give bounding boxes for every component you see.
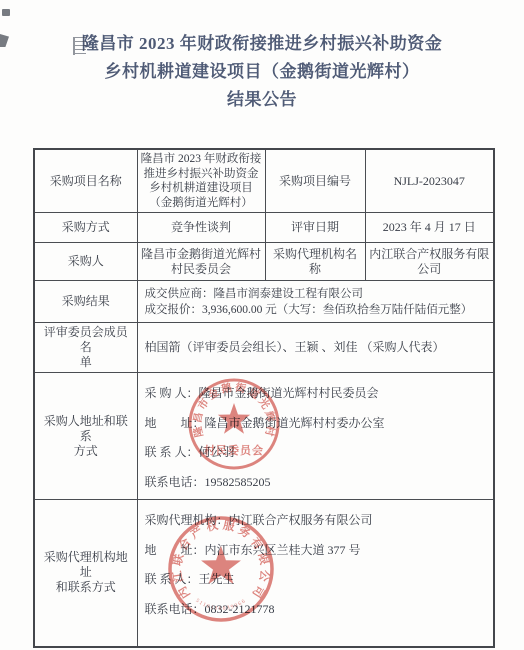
scan-artifact	[2, 9, 10, 16]
field-value-project-name: 隆昌市 2023 年财政衔接 推进乡村振兴补助资金 乡村机耕道建设项目 （金鹅街…	[137, 149, 265, 213]
field-value-agency-name: 内江联合产权服务有限 公司	[365, 243, 494, 281]
field-value-purchaser: 隆昌市金鹅街道光辉村 村民委员会	[137, 243, 265, 281]
field-label-method: 采购方式	[34, 213, 137, 243]
agency-contact-org: 采购代理机构：内江联合产权服务有限公司	[145, 506, 491, 536]
agency-contact-address: 地 址：内江市东兴区兰桂大道 377 号	[145, 536, 491, 566]
title-line-2: 乡村机耕道建设项目（金鹅街道光辉村）	[0, 58, 524, 86]
field-label-project-name: 采购项目名称	[34, 149, 137, 213]
agency-contact-phone: 联系电话：0832-2121778	[145, 595, 491, 625]
purchaser-contact-person: 联 系 人：何公羽	[145, 438, 491, 468]
purchaser-contact-name: 采 购 人：隆昌市金鹅街道光辉村村民委员会	[145, 379, 491, 409]
table-row: 评审委员会成员名 单 柏国箭（评审委员会组长）、王颖 、刘佳 （采购人代表）	[34, 323, 494, 373]
purchaser-contact-address: 地 址：隆昌市金鹅街道光辉村村委办公室	[145, 409, 491, 439]
field-value-review-date: 2023 年 4 月 17 日	[365, 213, 494, 243]
field-label-result: 采购结果	[34, 281, 137, 323]
table-row: 采购项目名称 隆昌市 2023 年财政衔接 推进乡村振兴补助资金 乡村机耕道建设…	[34, 149, 494, 213]
table-row: 采购人地址和联系 方式 采 购 人：隆昌市金鹅街道光辉村村民委员会 地 址：隆昌…	[34, 373, 494, 500]
field-label-committee: 评审委员会成员名 单	[34, 323, 137, 373]
scanned-document-page: 隆昌市 2023 年财政衔接推进乡村振兴补助资金 乡村机耕道建设项目（金鹅街道光…	[0, 0, 524, 650]
purchaser-contact-phone: 联系电话：19582585205	[145, 468, 491, 498]
field-value-method: 竞争性谈判	[137, 213, 265, 243]
table-row: 采购方式 竞争性谈判 评审日期 2023 年 4 月 17 日	[34, 213, 494, 243]
result-supplier-line: 成交供应商：隆昌市润泰建设工程有限公司	[145, 286, 491, 302]
title-line-3: 结果公告	[0, 86, 524, 114]
field-value-result: 成交供应商：隆昌市润泰建设工程有限公司 成交报价：3,936,600.00 元（…	[137, 281, 494, 323]
procurement-result-table: 采购项目名称 隆昌市 2023 年财政衔接 推进乡村振兴补助资金 乡村机耕道建设…	[33, 148, 495, 648]
field-value-agency-contact: 采购代理机构：内江联合产权服务有限公司 地 址：内江市东兴区兰桂大道 377 号…	[137, 500, 494, 647]
scan-artifact	[73, 37, 86, 55]
document-title: 隆昌市 2023 年财政衔接推进乡村振兴补助资金 乡村机耕道建设项目（金鹅街道光…	[0, 0, 524, 114]
table-row: 采购代理机构地址 和联系方式 采购代理机构：内江联合产权服务有限公司 地 址：内…	[34, 500, 494, 647]
field-label-purchaser-contact: 采购人地址和联系 方式	[34, 373, 137, 500]
field-value-committee: 柏国箭（评审委员会组长）、王颖 、刘佳 （采购人代表）	[137, 323, 494, 373]
field-value-purchaser-contact: 采 购 人：隆昌市金鹅街道光辉村村民委员会 地 址：隆昌市金鹅街道光辉村村委办公…	[137, 373, 494, 500]
field-value-project-number: NJLJ-2023047	[365, 149, 494, 213]
field-label-purchaser: 采购人	[34, 243, 137, 281]
table-row: 采购结果 成交供应商：隆昌市润泰建设工程有限公司 成交报价：3,936,600.…	[34, 281, 494, 323]
field-label-project-number: 采购项目编号	[265, 149, 365, 213]
table-row: 采购人 隆昌市金鹅街道光辉村 村民委员会 采购代理机构名 称 内江联合产权服务有…	[34, 243, 494, 281]
field-label-agency-contact: 采购代理机构地址 和联系方式	[34, 500, 137, 647]
field-label-review-date: 评审日期	[265, 213, 365, 243]
result-price-line: 成交报价：3,936,600.00 元（大写：叁佰玖拾叁万陆仟陆佰元整）	[145, 302, 491, 318]
agency-contact-person: 联 系 人：王先生	[145, 565, 491, 595]
field-label-agency-name: 采购代理机构名 称	[265, 243, 365, 281]
